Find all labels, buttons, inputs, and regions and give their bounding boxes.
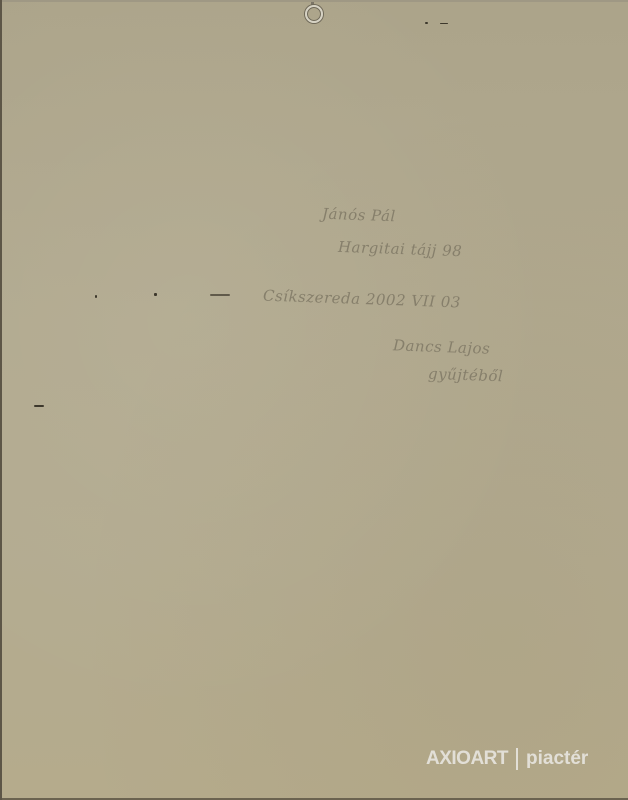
staple-mark [95,295,97,298]
watermark-brand: AXIOART [426,748,508,770]
watermark: AXIOART piactér [426,748,588,770]
handwriting-collection: gyűjtéből [428,365,504,386]
handwriting-place-date: Csíkszereda 2002 VII 03 [263,287,461,312]
watermark-separator [516,748,518,770]
handwriting-title: Hargitai tájj 98 [338,238,463,260]
handwriting-collection-owner: Dancs Lajos [393,336,491,357]
handwriting-artist: Jánós Pál [322,205,396,226]
watermark-sub: piactér [526,748,588,770]
staple-mark [34,405,44,407]
staple-mark [154,293,157,296]
staple-mark [425,22,428,24]
hanging-ring-icon [305,5,323,23]
staple-mark [440,23,448,24]
cardboard-backing: Jánós Pál Hargitai tájj 98 Csíkszereda 2… [0,0,628,800]
staple-mark [210,294,230,296]
